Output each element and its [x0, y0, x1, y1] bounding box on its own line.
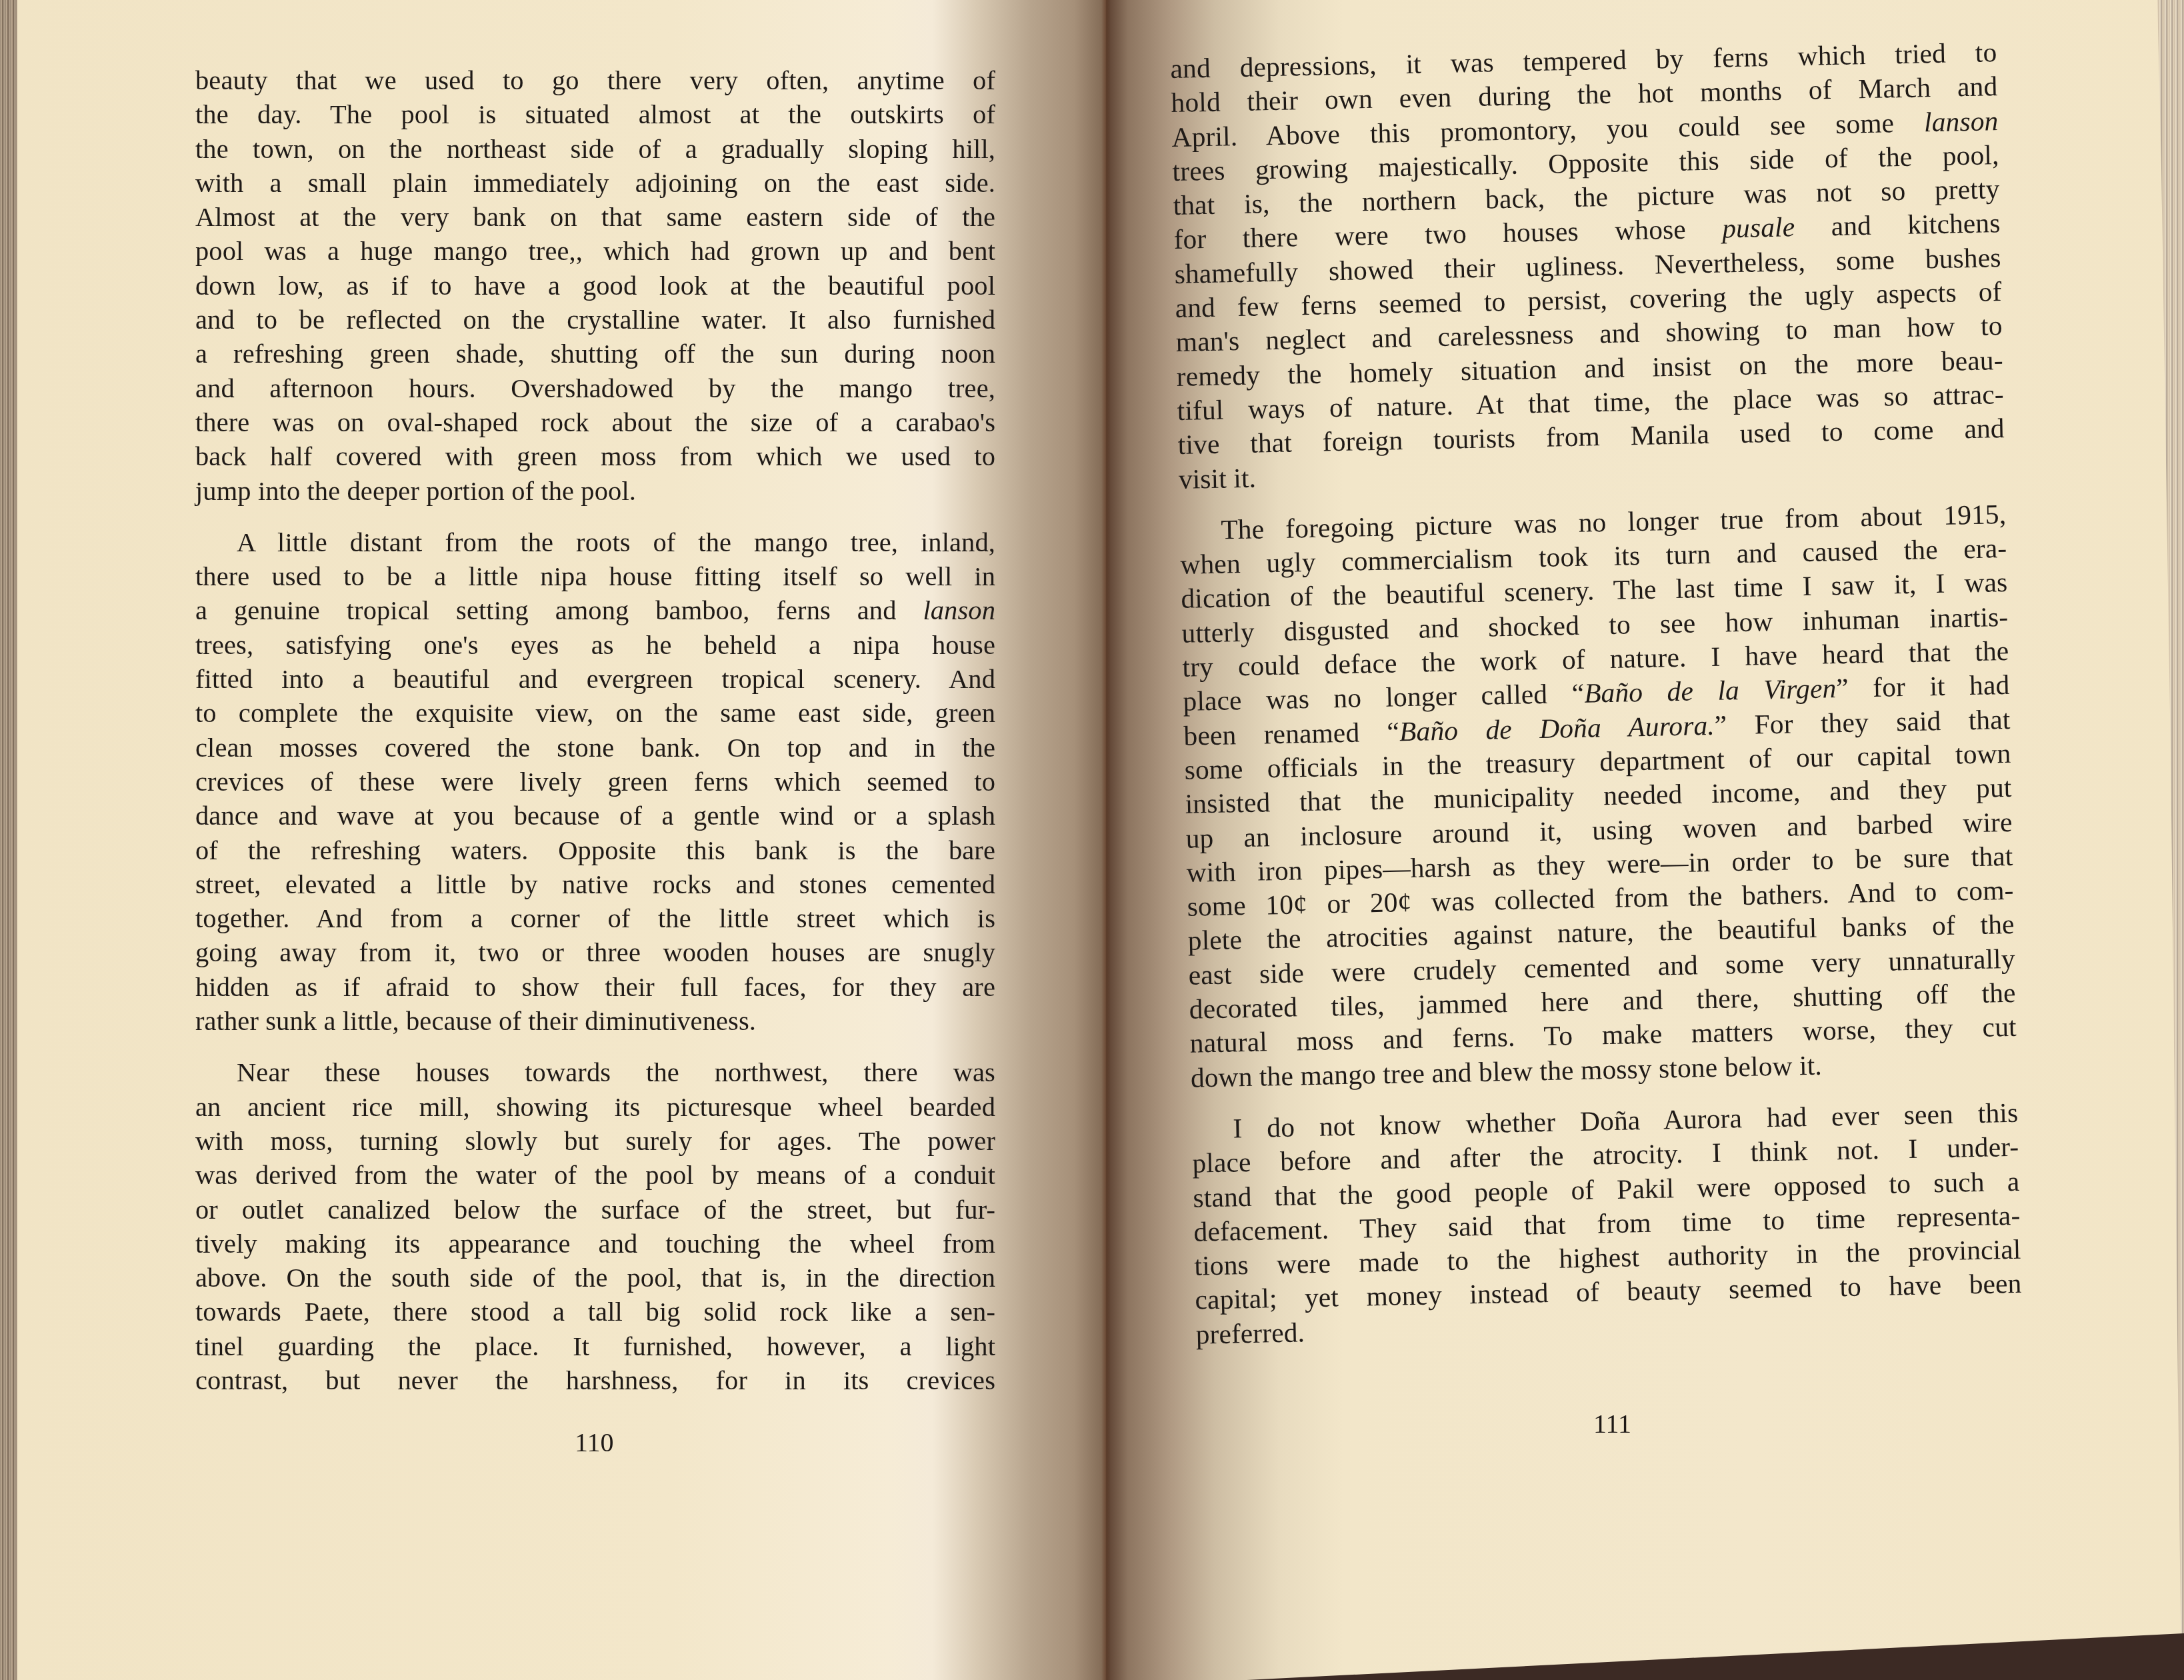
text-line: a genuine tropical setting among bamboo,…	[195, 593, 995, 627]
text-line: back half covered with green moss from w…	[195, 439, 995, 473]
text-line: there was on oval-shaped rock about the …	[195, 405, 995, 439]
text-line: crevices of these were lively green fern…	[195, 765, 995, 799]
text-line: tinel guarding the place. It furnished, …	[195, 1329, 995, 1363]
page-stack-left-edge	[0, 0, 17, 1680]
text-line: with a small plain immediately adjoining…	[195, 166, 995, 200]
text-line: going away from it, two or three wooden …	[195, 935, 995, 969]
text-line: pool was a huge mango tree,, which had g…	[195, 234, 995, 268]
text-line: above. On the south side of the pool, th…	[195, 1261, 995, 1295]
text-line: and afternoon hours. Overshadowed by the…	[195, 371, 995, 405]
paragraph-gap	[195, 1038, 995, 1055]
text-line: to complete the exquisite view, on the s…	[195, 696, 995, 730]
paragraph: beauty that we used to go there very oft…	[195, 63, 995, 508]
text-line: beauty that we used to go there very oft…	[195, 63, 995, 97]
paragraph: Near these houses towards the northwest,…	[195, 1055, 995, 1397]
text-line: fitted into a beautiful and evergreen tr…	[195, 662, 995, 696]
text-line: a refreshing green shade, shutting off t…	[195, 337, 995, 371]
paragraph: A little distant from the roots of the m…	[195, 525, 995, 1038]
text-line: or outlet canalized below the surface of…	[195, 1193, 995, 1227]
paragraph-gap	[195, 508, 995, 525]
page-number-right: 111	[1593, 1408, 1631, 1439]
page-number-left: 110	[575, 1427, 614, 1458]
text-line: hidden as if afraid to show their full f…	[195, 970, 995, 1004]
paragraph: The foregoing picture was no longer true…	[1179, 497, 2017, 1095]
text-line: towards Paete, there stood a tall big so…	[195, 1295, 995, 1329]
text-line: clean mosses covered the stone bank. On …	[195, 731, 995, 765]
text-line: jump into the deeper portion of the pool…	[195, 474, 995, 508]
book-spread: beauty that we used to go there very oft…	[0, 0, 2184, 1680]
text-line: tively making its appearance and touchin…	[195, 1227, 995, 1261]
text-line: contrast, but never the harshness, for i…	[195, 1363, 995, 1397]
text-line: and to be reflected on the crystalline w…	[195, 303, 995, 337]
text-line: A little distant from the roots of the m…	[195, 525, 995, 559]
text-line: dance and wave at you because of a gentl…	[195, 799, 995, 833]
text-line: trees, satisfying one's eyes as he behel…	[195, 628, 995, 662]
text-line: Almost at the very bank on that same eas…	[195, 200, 995, 234]
text-line: street, elevated a little by native rock…	[195, 867, 995, 901]
text-line: Near these houses towards the northwest,…	[195, 1055, 995, 1089]
left-page-body-text: beauty that we used to go there very oft…	[195, 63, 995, 1397]
paragraph: and depressions, it was tempered by fern…	[1170, 35, 2005, 497]
right-page-body-text: and depressions, it was tempered by fern…	[1170, 35, 2023, 1351]
text-line: the day. The pool is situated almost at …	[195, 97, 995, 131]
book-gutter	[1101, 0, 1111, 1680]
paragraph: I do not know whether Doña Aurora had ev…	[1191, 1096, 2023, 1352]
text-line: together. And from a corner of the littl…	[195, 901, 995, 935]
text-line: the town, on the northeast side of a gra…	[195, 132, 995, 166]
text-line: with moss, turning slowly but surely for…	[195, 1124, 995, 1158]
text-line: down low, as if to have a good look at t…	[195, 269, 995, 303]
text-line: there used to be a little nipa house fit…	[195, 559, 995, 593]
text-line: an ancient rice mill, showing its pictur…	[195, 1090, 995, 1124]
text-line: rather sunk a little, because of their d…	[195, 1004, 995, 1038]
text-line: was derived from the water of the pool b…	[195, 1158, 995, 1192]
text-line: of the refreshing waters. Opposite this …	[195, 833, 995, 867]
